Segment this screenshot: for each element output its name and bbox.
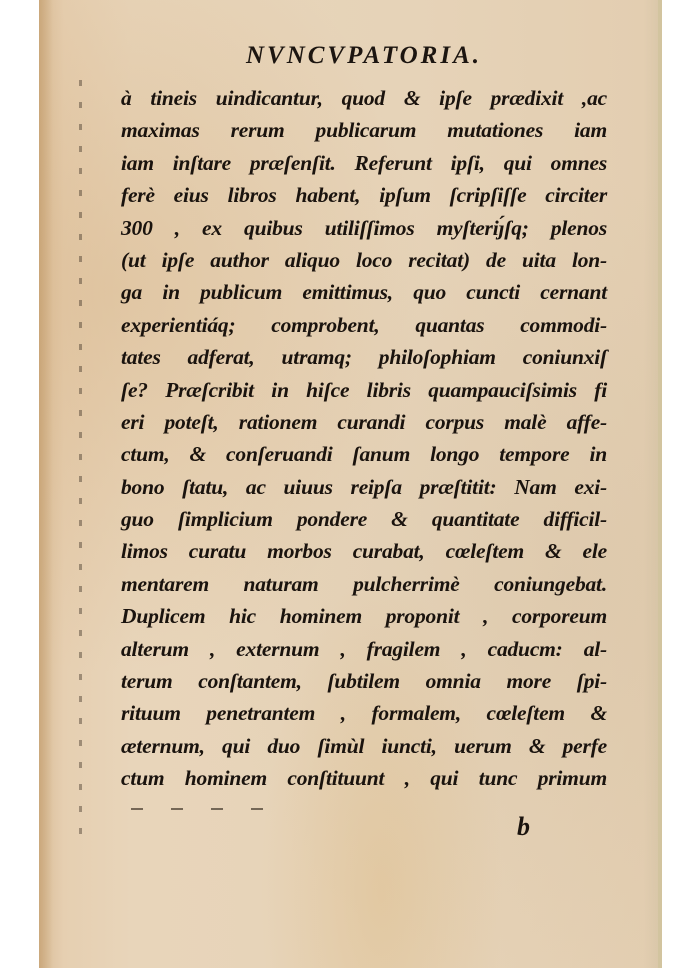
text-line: maximas rerum publicarum mutationes iam (121, 114, 607, 146)
text-line: ferè eius libros habent, ipſum ſcripſiſſ… (121, 179, 607, 211)
page-edge-right (658, 0, 662, 968)
text-line: guo ſimplicium pondere & quantitate diff… (121, 503, 607, 535)
book-page: NVNCVPATORIA. à tineis uindicantur, quod… (39, 0, 662, 968)
text-line: tates adferat, utramq; philoſophiam coni… (121, 341, 607, 373)
text-line: æternum, qui duo ſimùl iuncti, uerum & p… (121, 730, 607, 762)
text-line: 300 , ex quibus utiliſſimos myſteriȷ́ſq;… (121, 212, 607, 244)
body-text: à tineis uindicantur, quod & ipſe prædix… (121, 82, 607, 795)
text-line: ctum hominem conſtituunt , qui tunc prim… (121, 762, 607, 794)
show-through-marks (79, 80, 82, 840)
running-head: NVNCVPATORIA. (204, 42, 524, 70)
text-line: eri poteſt, rationem curandi corpus malè… (121, 406, 607, 438)
text-line: rituum penetrantem , formalem, cœleſtem … (121, 697, 607, 729)
text-line: ſe? Præſcribit in hiſce libris quampauci… (121, 374, 607, 406)
text-line: terum conſtantem, ſubtilem omnia more ſp… (121, 665, 607, 697)
text-line: alterum , externum , fragilem , caducm: … (121, 633, 607, 665)
text-line: Duplicem hic hominem proponit , corporeu… (121, 600, 607, 632)
text-line: experientiáq; comprobent, quantas commod… (121, 309, 607, 341)
text-line: ctum, & conſeruandi ſanum longo tempore … (121, 438, 607, 470)
page-edge-shadow (39, 0, 53, 968)
ink-specks (131, 808, 281, 810)
text-line: iam inſtare præſenſit. Referunt ipſi, qu… (121, 147, 607, 179)
signature-mark: b (517, 812, 530, 842)
text-line: à tineis uindicantur, quod & ipſe prædix… (121, 82, 607, 114)
text-line: mentarem naturam pulcherrimè coniungebat… (121, 568, 607, 600)
text-line: (ut ipſe author aliquo loco recitat) de … (121, 244, 607, 276)
text-line: limos curatu morbos curabat, cœleſtem & … (121, 535, 607, 567)
text-line: bono ſtatu, ac uiuus reipſa præſtitit: N… (121, 471, 607, 503)
text-line: ga in publicum emittimus, quo cuncti cer… (121, 276, 607, 308)
